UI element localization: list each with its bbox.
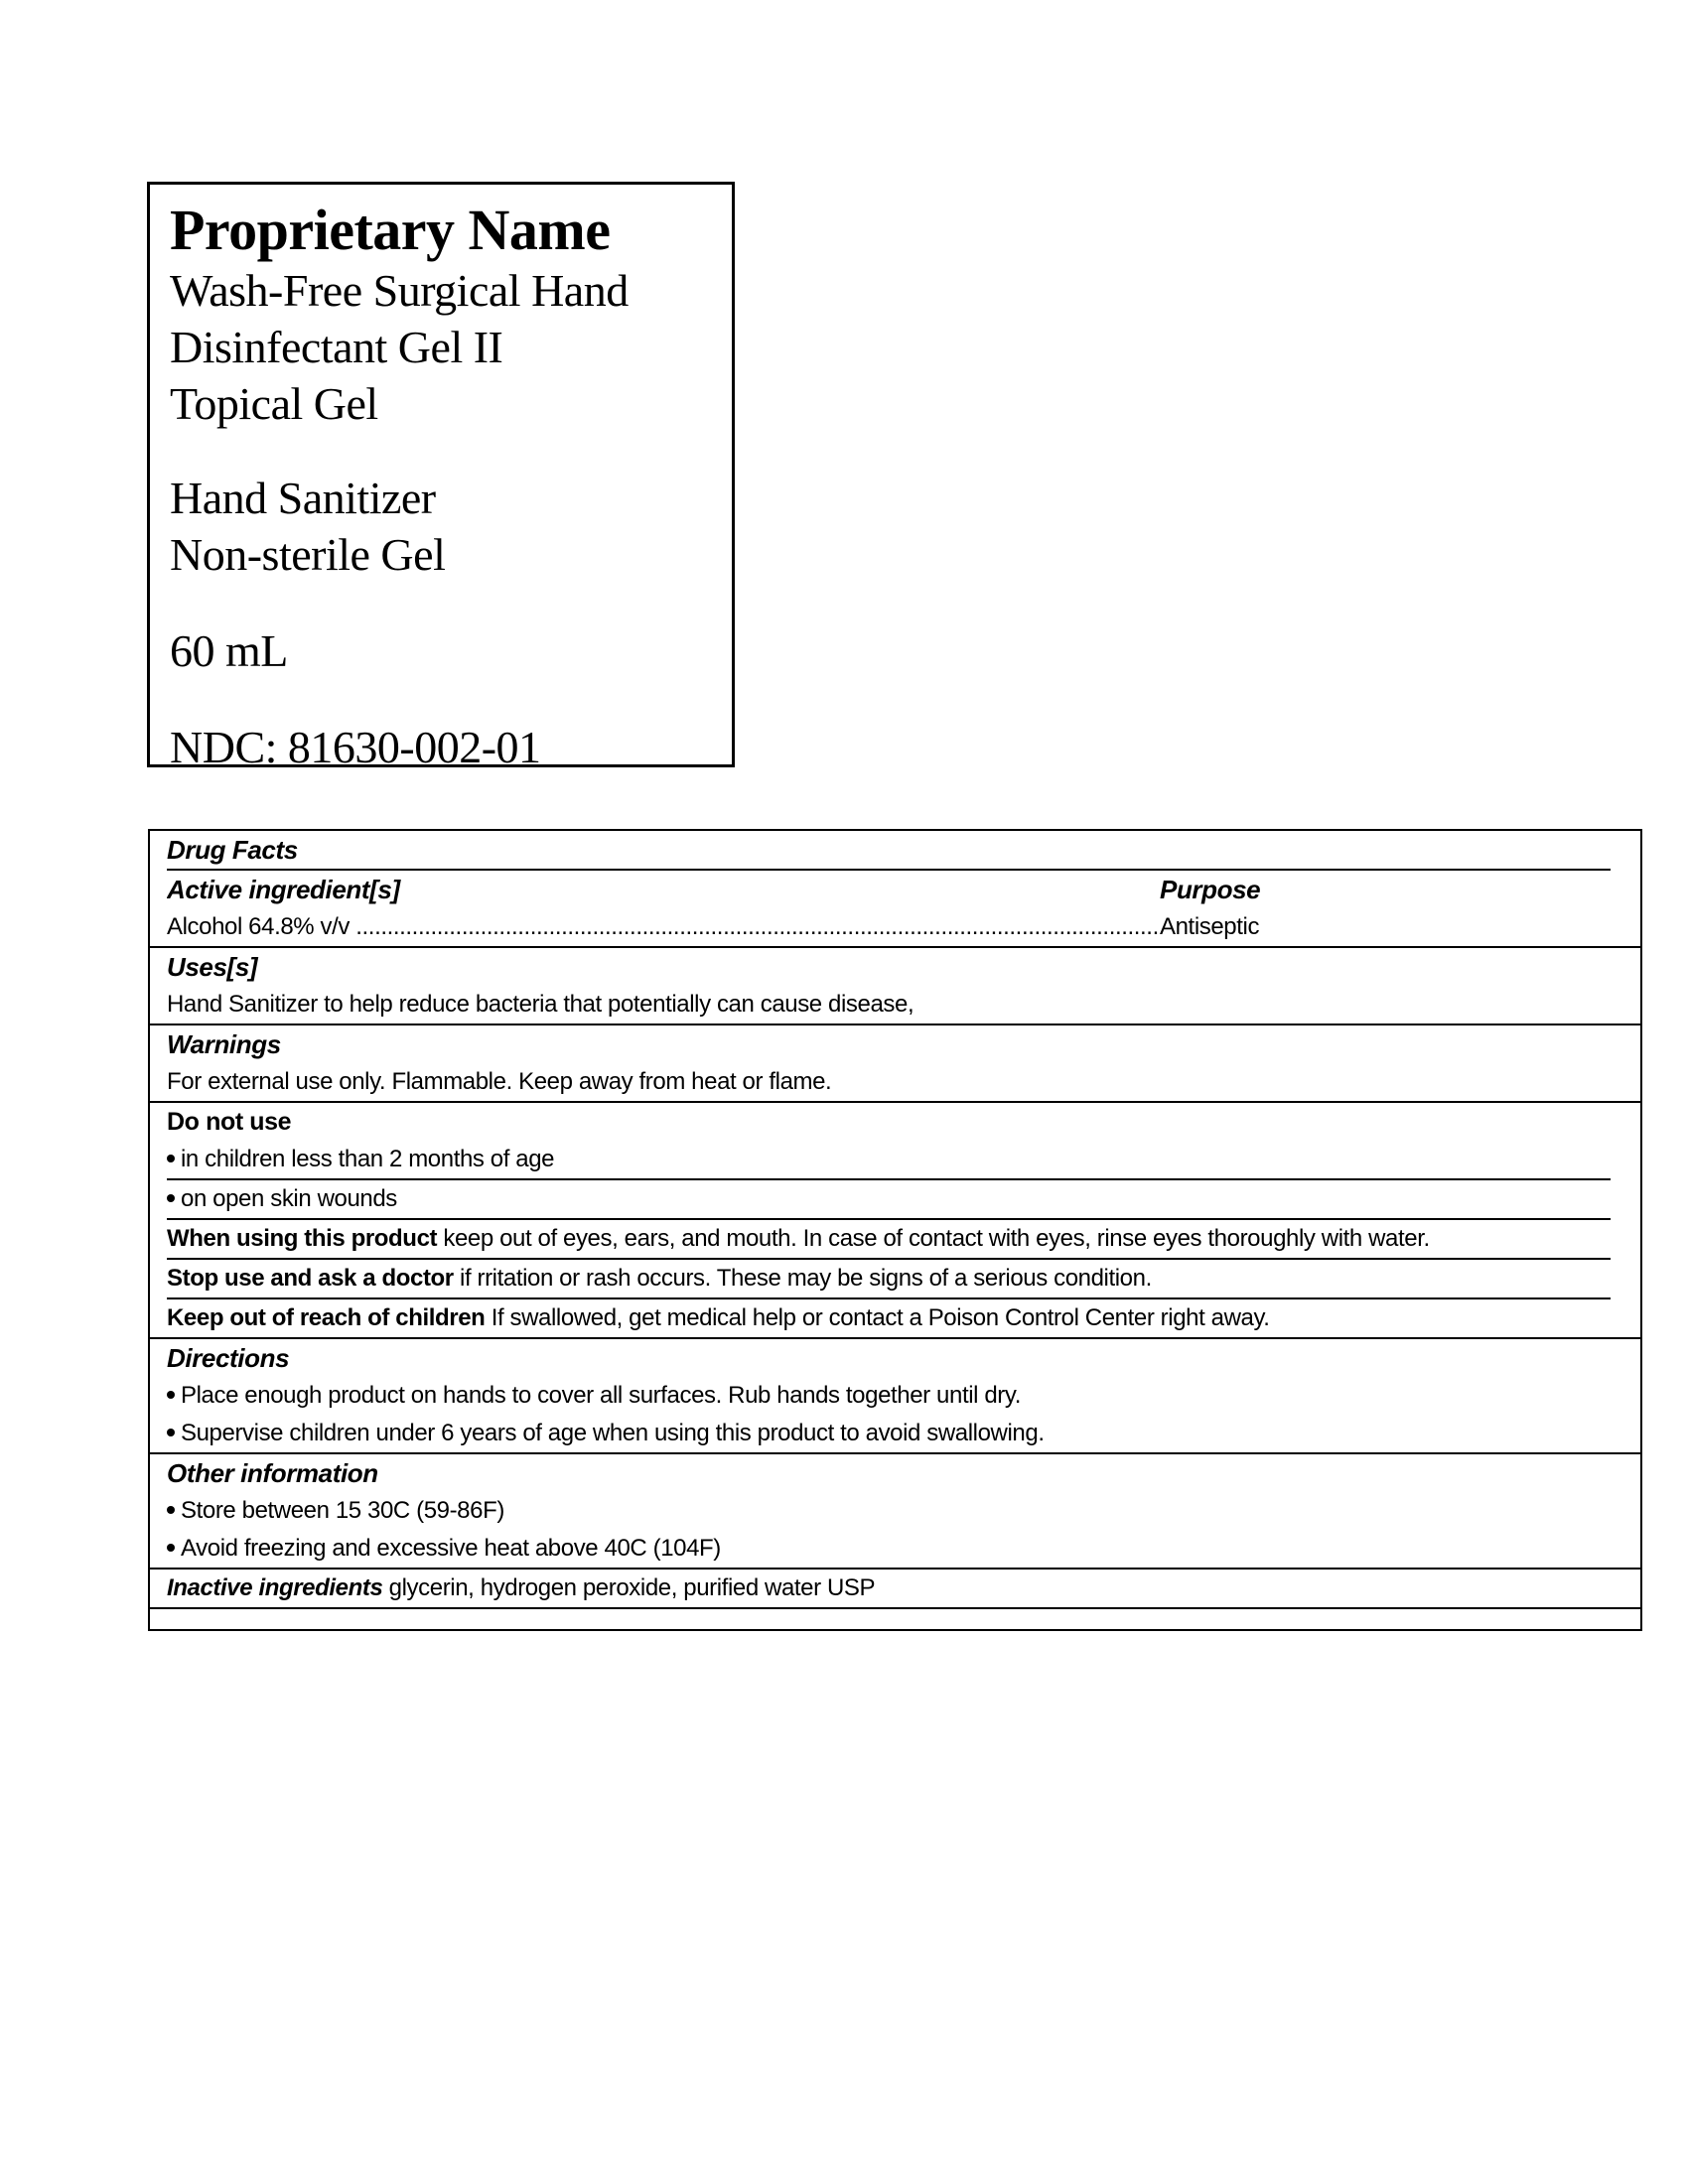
warnings-section: Warnings For external use only. Flammabl… [150,1025,1640,1103]
leader-dots: ........................................… [355,913,1160,940]
when-using-label: When using this product [167,1225,437,1252]
product-name-line-1: Wash-Free Surgical Hand [170,262,732,319]
bullet-icon [167,1506,175,1514]
inactive-ingredients-row: Inactive ingredients glycerin, hydrogen … [167,1570,1640,1607]
product-type-line-1: Hand Sanitizer [170,470,732,526]
other-information-item: Store between 15 30C (59-86F) [167,1492,1640,1530]
active-ingredients-section: Drug Facts Active ingredient[s] Purpose … [150,831,1640,948]
do-not-use-header: Do not use [167,1103,1640,1141]
product-name-line-3: Topical Gel [170,375,732,432]
uses-section: Uses[s] Hand Sanitizer to help reduce ba… [150,948,1640,1025]
purpose-header: Purpose [1160,871,1611,908]
bullet-icon [167,1391,175,1399]
empty-row [150,1609,1640,1649]
inactive-ingredients-text: glycerin, hydrogen peroxide, purified wa… [382,1574,875,1601]
directions-section: Directions Place enough product on hands… [150,1339,1640,1454]
warnings-header: Warnings [167,1025,1640,1063]
bullet-icon [167,1429,175,1436]
drug-facts-title: Drug Facts [167,831,1611,871]
uses-header: Uses[s] [167,948,1640,986]
active-ingredients-header: Active ingredient[s] [167,871,1160,908]
keep-out-row: Keep out of reach of children If swallow… [167,1299,1640,1337]
stop-use-text: if rritation or rash occurs. These may b… [454,1265,1152,1292]
ndc-number: NDC: 81630-002-01 [170,719,732,775]
other-information-item: Avoid freezing and excessive heat above … [167,1530,1640,1568]
proprietary-name-heading: Proprietary Name [170,199,732,262]
product-name-line-2: Disinfectant Gel II [170,319,732,375]
when-using-row: When using this product keep out of eyes… [167,1220,1611,1260]
stop-use-label: Stop use and ask a doctor [167,1265,454,1292]
product-type-line-2: Non-sterile Gel [170,526,732,583]
inactive-ingredients-section: Inactive ingredients glycerin, hydrogen … [150,1570,1640,1609]
warnings-text: For external use only. Flammable. Keep a… [167,1063,1640,1101]
inactive-ingredients-label: Inactive ingredients [167,1574,382,1601]
bullet-icon [167,1155,175,1162]
do-not-use-item: in children less than 2 months of age [167,1141,1611,1180]
other-information-header: Other information [167,1454,1640,1492]
active-ingredient: Alcohol 64.8% v/v [167,913,350,940]
stop-use-row: Stop use and ask a doctor if rritation o… [167,1260,1611,1299]
other-information-section: Other information Store between 15 30C (… [150,1454,1640,1570]
when-using-text: keep out of eyes, ears, and mouth. In ca… [437,1225,1430,1252]
bullet-icon [167,1544,175,1552]
uses-text: Hand Sanitizer to help reduce bacteria t… [167,986,1640,1024]
do-not-use-item: on open skin wounds [167,1180,1611,1220]
purpose-value: Antiseptic [1160,908,1640,946]
keep-out-label: Keep out of reach of children [167,1304,485,1331]
bullet-icon [167,1194,175,1202]
net-volume: 60 mL [170,622,732,679]
drug-facts-panel: Drug Facts Active ingredient[s] Purpose … [148,829,1642,1631]
active-ingredients-header-row: Active ingredient[s] Purpose [167,871,1611,908]
warnings-detail-section: Do not use in children less than 2 month… [150,1103,1640,1339]
directions-header: Directions [167,1339,1640,1377]
keep-out-text: If swallowed, get medical help or contac… [485,1304,1269,1331]
principal-display-panel: Proprietary Name Wash-Free Surgical Hand… [147,182,735,767]
directions-item: Supervise children under 6 years of age … [167,1415,1640,1452]
directions-item: Place enough product on hands to cover a… [167,1377,1640,1415]
active-ingredient-row: Alcohol 64.8% v/v ......................… [167,908,1640,946]
